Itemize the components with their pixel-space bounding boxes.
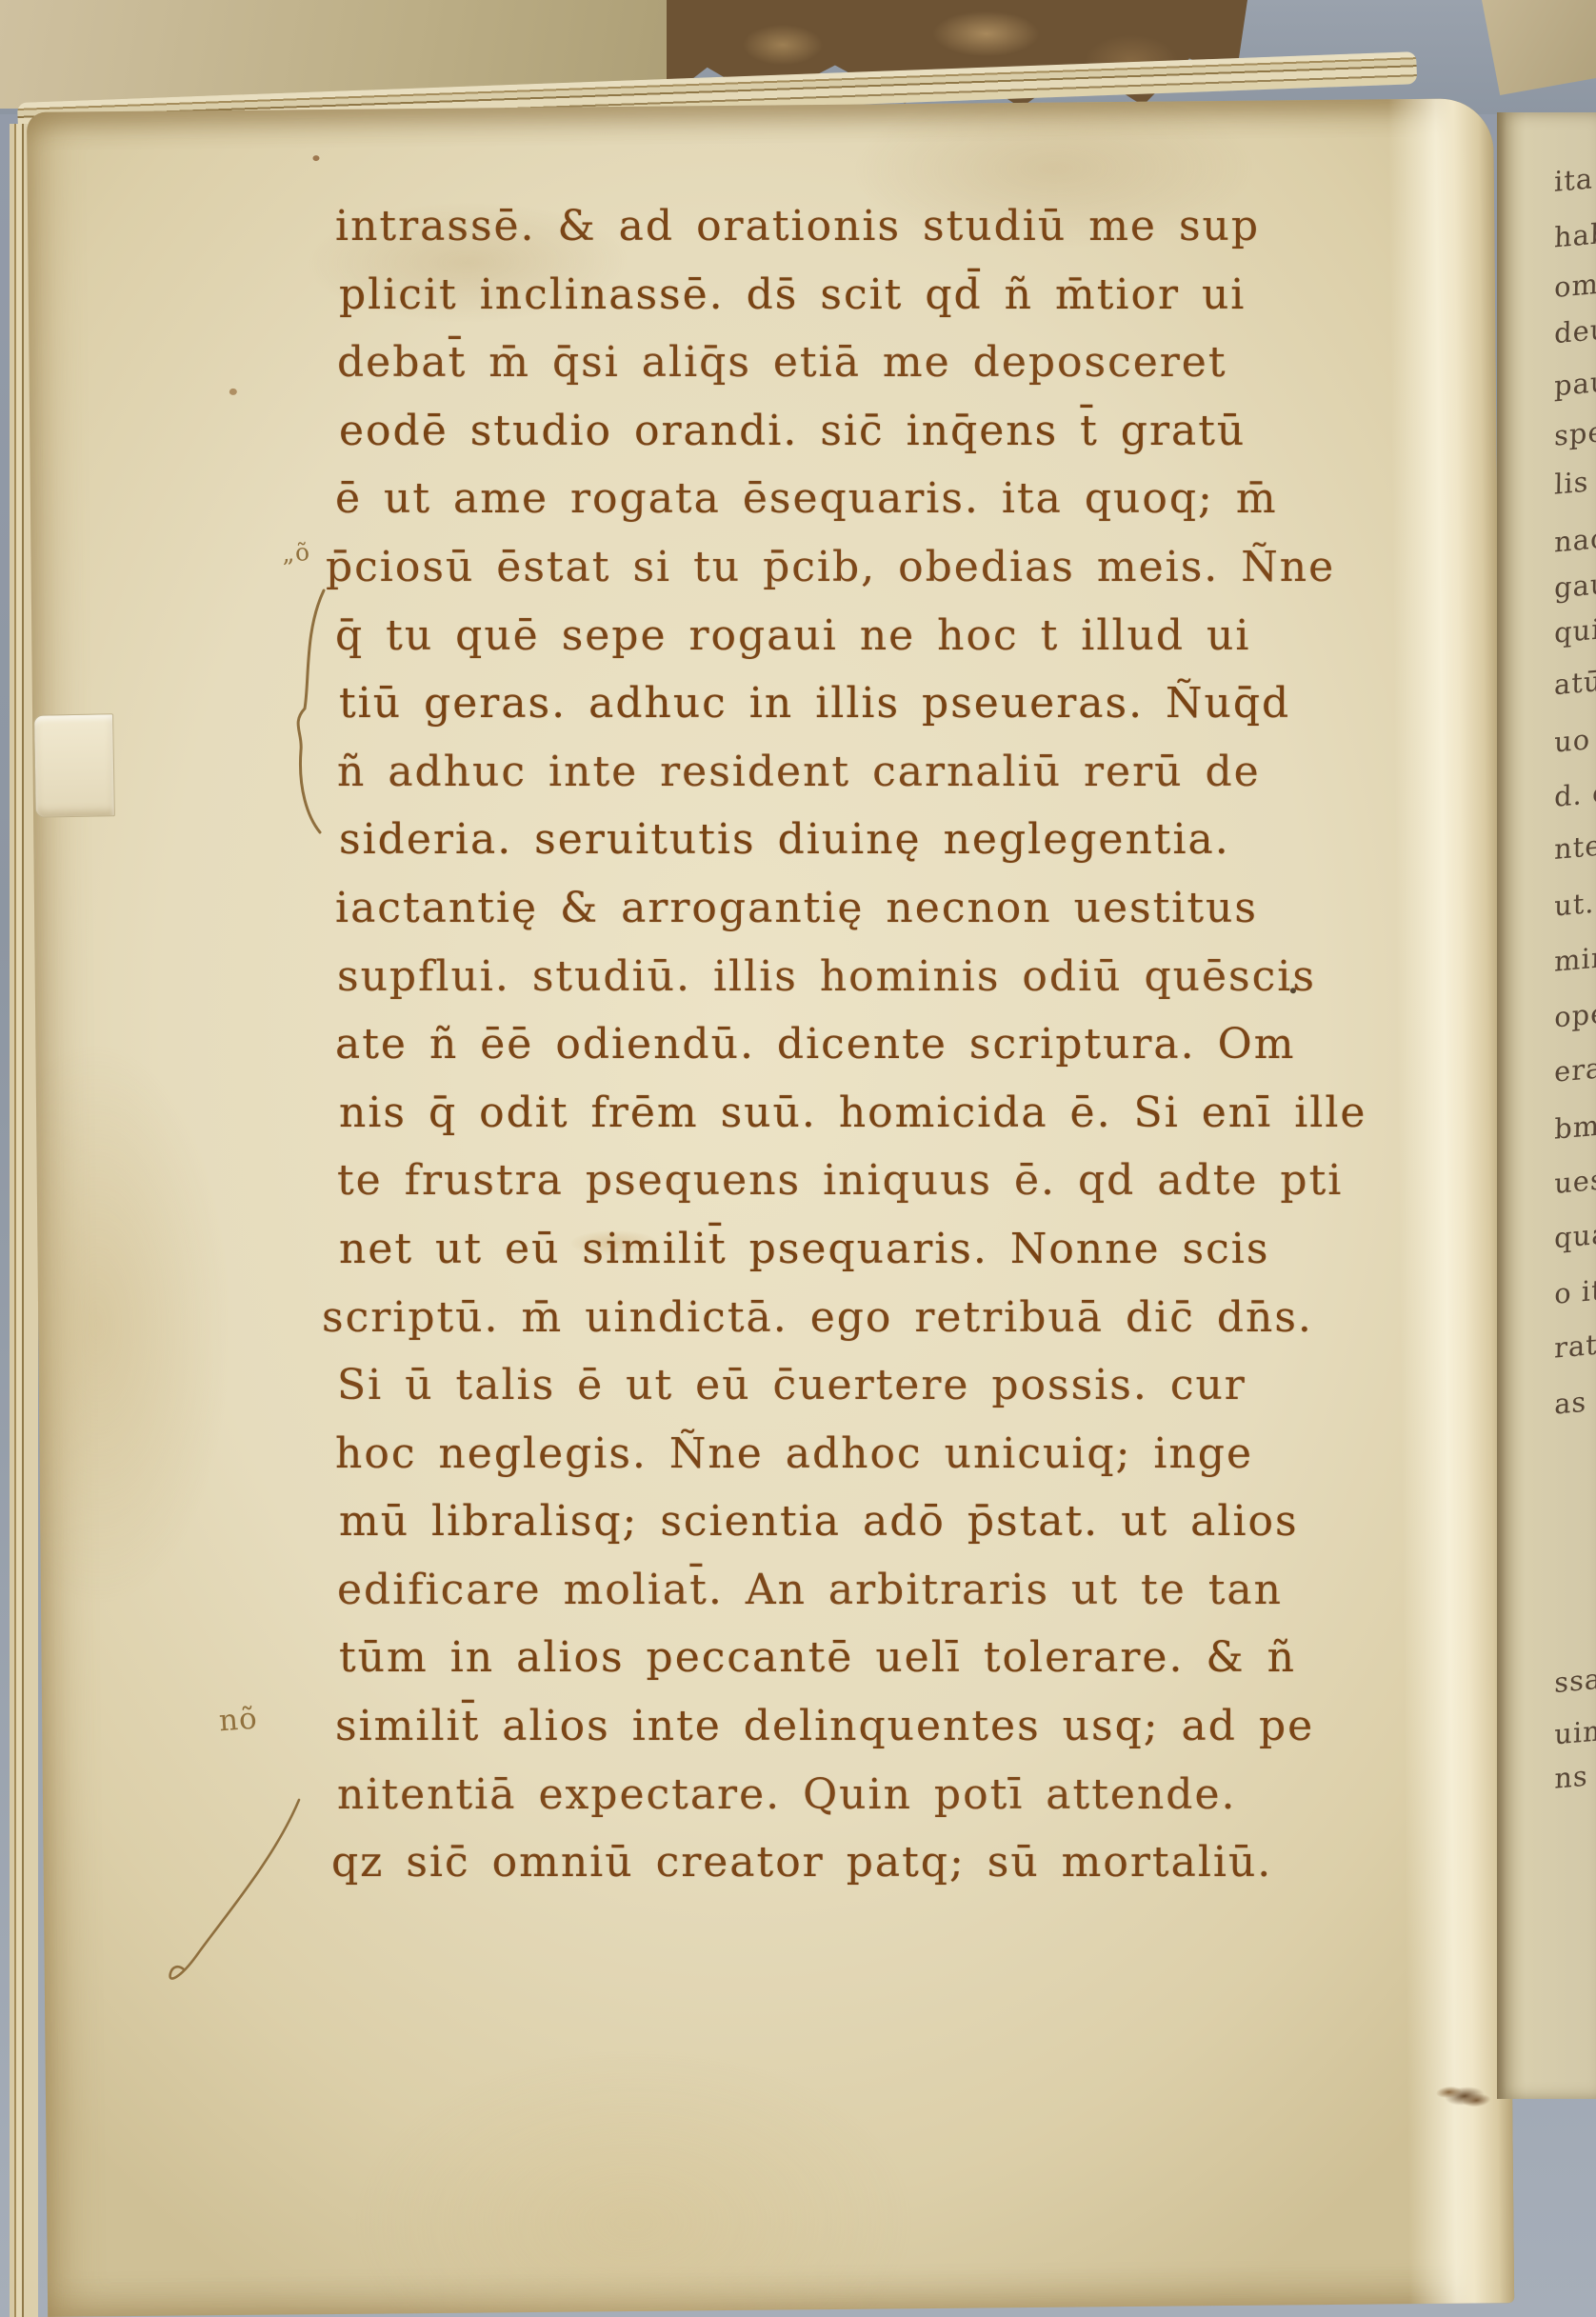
manuscript-text-line: iactantię & arrogantię necnon uestitus — [335, 874, 1287, 943]
manuscript-text-line: tiū geras. adhuc in illis pseueras. Ñuq̄… — [339, 669, 1287, 738]
manuscript-text-line: nis q̄ odit frēm suū. homicida ē. Si enī… — [339, 1079, 1287, 1148]
facing-page-text-fragment: paue — [1554, 364, 1596, 403]
manuscript-text-line: scriptū. m̄ uindictā. ego retribuā dic̄ … — [322, 1284, 1287, 1352]
manuscript-text-line: q̄ tu quē sepe rogaui ne hoc t illud ui — [335, 602, 1287, 670]
manuscript-text-line: ñ adhuc inte resident carnaliū rerū de — [337, 738, 1287, 807]
manuscript-text-line: net ut eū similit̄ psequaris. Nonne scis — [339, 1215, 1287, 1284]
facing-page-text-fragment: ns mox uelui — [1554, 1746, 1596, 1794]
facing-page-text-fragment: lis im̄ — [1554, 461, 1596, 501]
facing-page-text-fragment: d. ecce — [1554, 771, 1596, 813]
facing-page-text-fragment: as ab eo — [1554, 1377, 1596, 1420]
facing-page-text-fragment: spe d — [1554, 412, 1596, 451]
facing-page-text-fragment: omn — [1554, 266, 1596, 304]
facing-page-text-fragment: o ita exa — [1554, 1267, 1596, 1310]
manuscript-text-line: sideria. seruitutis diuinę neglegentia. — [339, 806, 1287, 874]
manuscript-text-line: plicit inclinassē. ds̄ scit qd̄ ñ m̄tior… — [339, 261, 1287, 330]
manuscript-text-line: hoc neglegis. Ñne adhoc unicuiq; inge — [335, 1420, 1287, 1488]
margin-brace-mark — [280, 587, 333, 840]
manuscript-text-line: Si ū talis ē ut eū c̄uertere possis. cur — [337, 1351, 1287, 1420]
margin-flourish-stroke — [162, 1794, 307, 1992]
facing-page-text-fragment: ratoris — [1554, 1323, 1596, 1364]
manuscript-text-line: eodē studio orandi. sic̄ inq̄ens t̄ grat… — [339, 397, 1287, 466]
facing-page-text-fragment: ut. cur — [1554, 881, 1596, 922]
facing-page-text-fragment: uestia te — [1554, 1156, 1596, 1200]
manuscript-photo: { "document": { "kind_label": "medieval … — [0, 0, 1596, 2317]
facing-page-text-fragment: hab — [1554, 216, 1596, 253]
facing-page-text-fragment: uimodi cōp — [1554, 1704, 1596, 1750]
manuscript-text-line: p̄ciosū ēstat si tu p̄cib, obedias meis.… — [326, 533, 1287, 602]
manuscript-text-line: te frustra psequens iniquus ē. qd adte p… — [337, 1147, 1287, 1215]
foxing-speck — [229, 389, 237, 395]
facing-page-text-fragment: quaters — [1554, 1212, 1596, 1255]
manuscript-text-line: debat̄ m̄ q̄si aliq̄s etiā me deposceret — [337, 329, 1287, 397]
manuscript-text-line: ē ut ame rogata ēsequaris. ita quoq; m̄ — [335, 465, 1287, 533]
facing-page-text-fragment: ope etia — [1554, 990, 1596, 1033]
facing-page-text-fragment: atū — [1554, 665, 1596, 702]
manuscript-text-line: similit̄ alios inte delinquentes usq; ad… — [335, 1692, 1287, 1761]
facing-page-text-fragment: uo cop — [1554, 717, 1596, 758]
manuscript-text-line: edificare moliat̄. An arbitraris ut te t… — [337, 1556, 1287, 1625]
page-right-fold-highlight — [1388, 98, 1514, 2304]
margin-gloss-abbreviation: „õ — [281, 538, 311, 568]
manuscript-text-line: tūm in alios peccantē uelī tolerare. & ñ — [339, 1624, 1287, 1692]
facing-page-text-fragment: min op — [1554, 936, 1596, 977]
facing-page-text-fragment: gauit — [1554, 565, 1596, 604]
facing-page-sliver: itahabomndeucpauespe dlis im̄nachicgauit… — [1497, 112, 1596, 2099]
facing-page-text-fragment: quit — [1554, 611, 1596, 649]
manuscript-text-line: qz sic̄ omniū creator patq; sū mortaliū. — [331, 1828, 1287, 1897]
vellum-bookmark-tab — [33, 713, 115, 817]
facing-page-text-fragment: ssas ab eo — [1554, 1653, 1596, 1699]
facing-page-text-fragment: nachic — [1554, 517, 1596, 558]
facing-page-text-fragment: ita — [1554, 162, 1594, 198]
facing-page-text-fragment: eranda — [1554, 1047, 1596, 1089]
margin-gloss-no: nõ — [218, 1702, 259, 1739]
book-head-edge-right — [1482, 0, 1596, 95]
facing-page-text-fragment: ntes — [1554, 828, 1596, 866]
manuscript-text-line: mū libralisq; scientia adō p̄stat. ut al… — [339, 1488, 1287, 1556]
facing-page-text-fragment: bmasti. al — [1554, 1100, 1596, 1146]
manuscript-text-block: intrassē. & ad orationis studiū me suppl… — [335, 192, 1287, 1897]
manuscript-text-line: supflui. studiū. illis hominis odiū quēs… — [337, 943, 1287, 1011]
manuscript-text-line: intrassē. & ad orationis studiū me sup — [335, 192, 1287, 261]
facing-page-text-fragment: deuc — [1554, 311, 1596, 350]
manuscript-text-line: ate ñ ēē odiendū. dicente scriptura. Om — [335, 1010, 1287, 1079]
manuscript-text-line: nitentiā expectare. Quin potī attende. — [337, 1761, 1287, 1829]
foxing-speck — [312, 155, 319, 161]
